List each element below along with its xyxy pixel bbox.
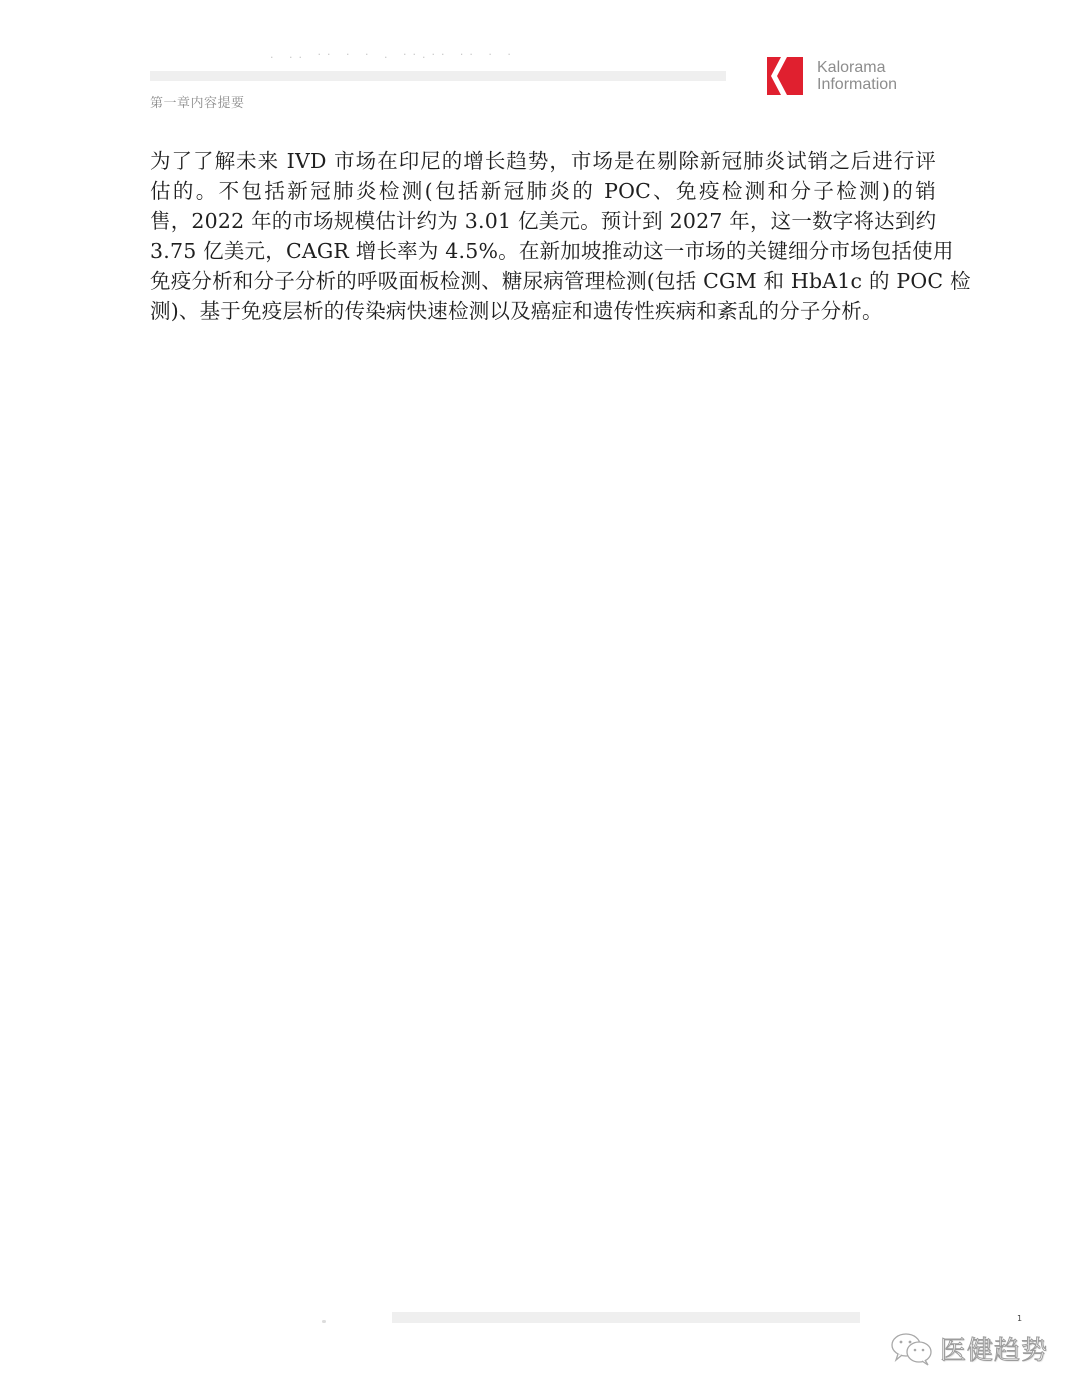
footer-mark xyxy=(322,1320,326,1323)
kalorama-logo-text: Kalorama Information xyxy=(817,59,897,93)
paragraph-line-4: 3.75 亿美元，CAGR 增长率为 4.5%。在新加坡推动这一市场的关键细分市… xyxy=(150,236,936,266)
wechat-watermark: 医健趋势 xyxy=(890,1330,1048,1367)
page-number: 1 xyxy=(1017,1314,1022,1323)
paragraph-line-2: 估的。不包括新冠肺炎检测(包括新冠肺炎的 POC、免疫检测和分子检测)的销 xyxy=(150,176,936,206)
header-faint-text: . .. ·· · · . ··.·· ·· · · xyxy=(270,48,570,61)
chapter-label: 第一章内容提要 xyxy=(150,92,245,111)
paragraph-line-3: 售，2022 年的市场规模估计约为 3.01 亿美元。预计到 2027 年，这一… xyxy=(150,206,936,236)
logo-line-2: Information xyxy=(817,76,897,93)
summary-paragraph: 为了了解未来 IVD 市场在印尼的增长趋势，市场是在剔除新冠肺炎试销之后进行评 … xyxy=(150,146,936,326)
logo-line-1: Kalorama xyxy=(817,59,897,76)
paragraph-line-6: 测)、基于免疫层析的传染病快速检测以及癌症和遗传性疾病和紊乱的分子分析。 xyxy=(150,296,936,326)
kalorama-logo: Kalorama Information xyxy=(767,57,897,95)
wechat-icon xyxy=(890,1332,934,1366)
kalorama-logo-icon xyxy=(767,57,803,95)
watermark-text: 医健趋势 xyxy=(940,1330,1048,1367)
paragraph-line-5: 免疫分析和分子分析的呼吸面板检测、糖尿病管理检测(包括 CGM 和 HbA1c … xyxy=(150,266,936,296)
footer-divider-bar xyxy=(392,1312,860,1323)
header-divider-bar xyxy=(150,71,726,81)
paragraph-line-1: 为了了解未来 IVD 市场在印尼的增长趋势，市场是在剔除新冠肺炎试销之后进行评 xyxy=(150,146,936,176)
